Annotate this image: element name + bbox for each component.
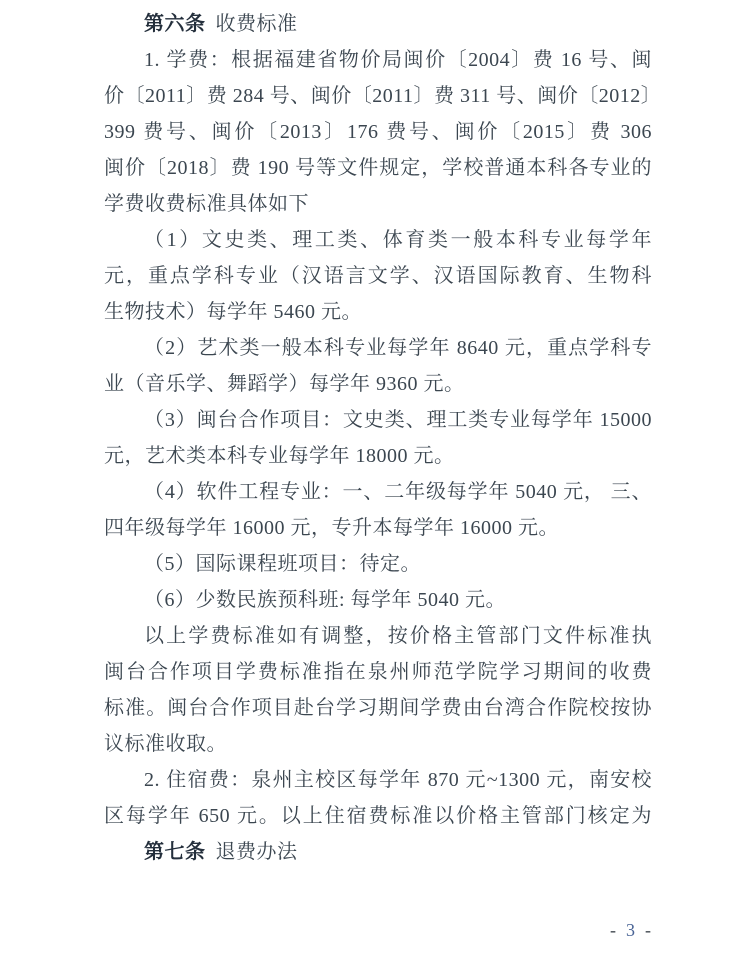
text-line: （4）软件工程专业：一、二年级每学年 5040 元， 三、: [104, 474, 652, 510]
text-line: （2）艺术类一般本科专业每学年 8640 元，重点学科专: [104, 330, 652, 366]
text-line: 元，艺术类本科专业每学年 18000 元。: [104, 438, 652, 474]
text-line: （1）文史类、理工类、体育类一般本科专业每学年 5040: [104, 222, 652, 258]
text-line: 生物技术）每学年 5460 元。: [104, 294, 652, 330]
text-line: 四年级每学年 16000 元，专升本每学年 16000 元。: [104, 510, 652, 546]
article-title: 收费标准: [216, 13, 298, 35]
text-line: 1. 学费：根据福建省物价局闽价〔2004〕费 16 号、闽: [104, 42, 652, 78]
text-line: （3）闽台合作项目：文史类、理工类专业每学年 15000: [104, 402, 652, 438]
text-line: （5）国际课程班项目：待定。: [104, 546, 652, 582]
page-number-value: 3: [626, 920, 635, 940]
article-heading: 第六条收费标准: [104, 6, 652, 42]
article-number: 第六条: [144, 13, 206, 35]
page-number-right-dash: -: [645, 920, 651, 940]
text-line: 闽台合作项目学费标准指在泉州师范学院学习期间的收费: [104, 654, 652, 690]
text-line: 2. 住宿费：泉州主校区每学年 870 元~1300 元，南安校: [104, 762, 652, 798]
text-line: 议标准收取。: [104, 726, 652, 762]
text-line: 业（音乐学、舞蹈学）每学年 9360 元。: [104, 366, 652, 402]
page-number-left-dash: -: [610, 920, 616, 940]
text-line: （6）少数民族预科班: 每学年 5040 元。: [104, 582, 652, 618]
page-number: -3-: [610, 920, 651, 940]
text-line: 闽价〔2018〕费 190 号等文件规定，学校普通本科各专业的: [104, 150, 652, 186]
text-line: 399 费号、闽价〔2013〕176 费号、闽价〔2015〕费 306 号、: [104, 114, 652, 150]
text-line: 元，重点学科专业（汉语言文学、汉语国际教育、生物科学、: [104, 258, 652, 294]
article-heading: 第七条退费办法: [104, 834, 652, 870]
text-line: 以上学费标准如有调整，按价格主管部门文件标准执行。: [104, 618, 652, 654]
document-page: 第六条收费标准1. 学费：根据福建省物价局闽价〔2004〕费 16 号、闽价〔2…: [0, 0, 749, 980]
text-line: 区每学年 650 元。以上住宿费标准以价格主管部门核定为准。: [104, 798, 652, 834]
text-line: 标准。闽台合作项目赴台学习期间学费由台湾合作院校按协: [104, 690, 652, 726]
article-number: 第七条: [144, 841, 206, 863]
document-body: 第六条收费标准1. 学费：根据福建省物价局闽价〔2004〕费 16 号、闽价〔2…: [104, 6, 652, 870]
text-line: 价〔2011〕费 284 号、闽价〔2011〕费 311 号、闽价〔2012〕: [104, 78, 652, 114]
text-line: 学费收费标准具体如下: [104, 186, 652, 222]
article-title: 退费办法: [216, 841, 298, 863]
